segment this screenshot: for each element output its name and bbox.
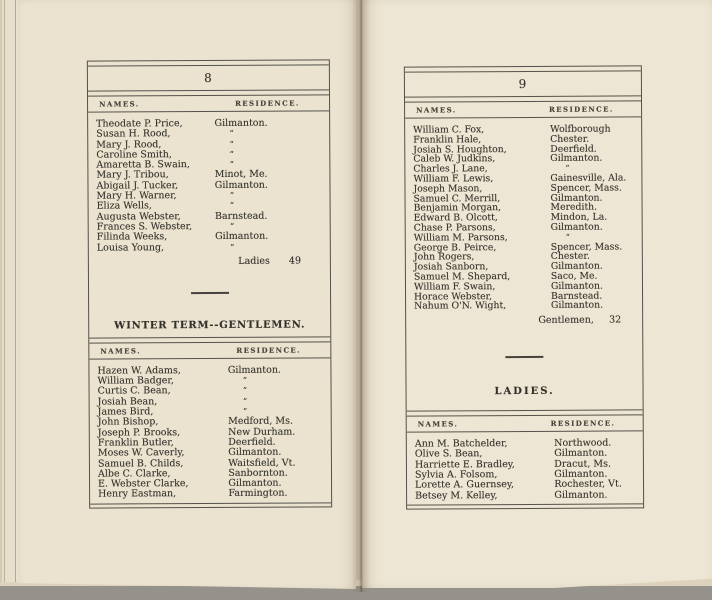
residence-cell: Gilmanton. (550, 301, 603, 311)
total-value: 32 (609, 315, 621, 326)
page-right: 9 NAMES. RESIDENCE. William C. Fox,Wolfb… (362, 0, 712, 588)
book-scan: 8 NAMES. RESIDENCE. Theodate P. Price,Gi… (0, 0, 712, 600)
ditto-mark: “ (227, 386, 247, 396)
section-title: LADIES. (407, 386, 643, 398)
name-cell: Henry Eastman, (90, 489, 227, 500)
rule (407, 431, 643, 433)
scanner-band (0, 586, 712, 600)
rule (405, 116, 641, 118)
page-left: 8 NAMES. RESIDENCE. Theodate P. Price,Gi… (18, 0, 356, 589)
ladies-list: Ann M. Batchelder,Northwood.Olive S. Bea… (407, 439, 643, 502)
names-header: NAMES. (99, 99, 140, 108)
ditto-mark: “ (214, 150, 234, 160)
section-title: WINTER TERM--GENTLEMEN. (89, 319, 330, 331)
ditto-mark: “ (227, 376, 247, 386)
name-cell: Nahum O'N. Wight, (406, 301, 550, 312)
residence-cell: Gilmanton. (213, 119, 267, 130)
total-label: Gentlemen, (538, 315, 594, 326)
names-header: NAMES. (418, 419, 459, 428)
residence-cell: Farmington. (227, 489, 287, 500)
residence-cell: Gilmanton. (214, 180, 268, 191)
table-row: Betsey M. Kelley,Gilmanton. (407, 490, 643, 502)
names-header: NAMES. (416, 105, 457, 114)
names-header: NAMES. (100, 346, 141, 355)
rule (88, 110, 329, 112)
gentlemen-list: Hazen W. Adams,Gilmanton.William Badger,… (89, 365, 331, 500)
column-headers: NAMES. RESIDENCE. (407, 416, 643, 430)
section-divider (505, 356, 543, 358)
residence-cell: Barnstead. (214, 211, 267, 222)
ditto-mark: “ (227, 397, 247, 407)
residence-cell: Gilmanton. (550, 223, 603, 233)
column-headers: NAMES. RESIDENCE. (88, 95, 329, 109)
residence-cell: Gilmanton. (214, 232, 268, 243)
page-8-frame: 8 NAMES. RESIDENCE. Theodate P. Price,Gi… (87, 59, 332, 508)
ditto-mark: “ (214, 139, 234, 149)
gentlemen-total: Gentlemen, 32 (406, 314, 642, 326)
total-value: 49 (289, 255, 301, 266)
residence-cell: Gilmanton. (227, 365, 281, 376)
residence-header: RESIDENCE. (549, 105, 614, 114)
name-cell: Betsey M. Kelley, (407, 490, 553, 501)
column-headers: NAMES. RESIDENCE. (89, 342, 330, 356)
page-number: 9 (405, 71, 641, 96)
rule (89, 357, 330, 359)
name-cell: Louisa Young, (89, 243, 214, 254)
residence-header: RESIDENCE. (551, 419, 616, 428)
residence-cell: Gilmanton. (553, 490, 607, 501)
ditto-mark: “ (214, 129, 234, 139)
gentlemen-list: William C. Fox,WolfboroughFranklin Hale,… (405, 124, 642, 311)
residence-header: RESIDENCE. (235, 99, 300, 108)
total-label: Ladies (238, 256, 270, 267)
table-row: Nahum O'N. Wight,Gilmanton. (406, 301, 642, 312)
residence-header: RESIDENCE. (236, 345, 301, 354)
table-row: Henry Eastman,Farmington. (90, 489, 331, 501)
residence-cell: Gilmanton. (549, 154, 602, 164)
rule (407, 503, 643, 505)
ditto-mark: “ (214, 242, 234, 252)
ladies-list: Theodate P. Price,Gilmanton.Susan H. Roo… (88, 118, 330, 253)
rule (90, 502, 331, 504)
section-divider (191, 292, 229, 294)
ladies-total: Ladies 49 (89, 255, 330, 267)
page-number: 8 (88, 65, 329, 90)
page-9-frame: 9 NAMES. RESIDENCE. William C. Fox,Wolfb… (404, 65, 644, 509)
ditto-mark: “ (214, 191, 234, 201)
page-stack-edges (0, 0, 20, 592)
table-row: Louisa Young,“ (89, 242, 330, 254)
column-headers: NAMES. RESIDENCE. (405, 101, 641, 115)
